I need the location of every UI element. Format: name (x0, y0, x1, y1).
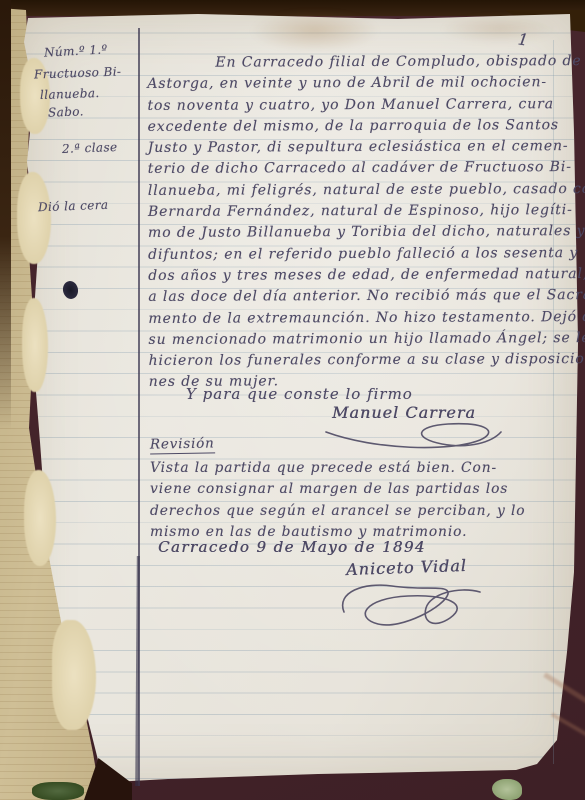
revision-line: Vista la partida que precede está bien. … (150, 458, 560, 479)
record-line: mento de la extremaunción. No hizo testa… (148, 307, 574, 330)
record-line: llanueba, mi feligrés, natural de este p… (148, 179, 574, 202)
torn-paper-edge (22, 298, 48, 392)
record-line: terio de dicho Carracedo al cadáver de F… (148, 158, 574, 181)
revision-dateline: Carracedo 9 de Mayo de 1894 (158, 538, 426, 556)
margin-note-name-3: Sabo. (48, 104, 84, 119)
paper-stain (440, 14, 560, 44)
revision-line: derechos que según el arancel se perciba… (150, 501, 560, 522)
revision-line: viene consignar al margen de las partida… (150, 479, 560, 500)
record-line: tos noventa y cuatro, yo Don Manuel Carr… (147, 94, 573, 117)
record-line: difuntos; en el referido pueblo falleció… (148, 243, 574, 266)
bookmark-ribbon (32, 782, 84, 800)
revision-text: Vista la partida que precede está bien. … (150, 458, 560, 543)
record-line: Astorga, en veinte y uno de Abril de mil… (147, 72, 573, 95)
record-line: Bernarda Fernández, natural de Espinoso,… (148, 200, 574, 223)
record-line: Justo y Pastor, di sepultura eclesiástic… (148, 136, 574, 159)
manuscript-photo: 1 Núm.º 1.º Fructuoso Bi- llanueba. Sabo… (0, 0, 585, 800)
torn-paper-edge (24, 470, 56, 566)
torn-paper-edge (52, 620, 96, 730)
paper-stain (250, 10, 380, 52)
margin-note-name-2: llanueba. (40, 86, 100, 102)
record-line: excedente del mismo, de la parroquia de … (148, 115, 574, 138)
torn-paper-edge (17, 172, 51, 264)
table-object (492, 779, 522, 800)
record-line: dos años y tres meses de edad, de enferm… (148, 264, 574, 287)
record-line: su mencionado matrimonio un hijo llamado… (148, 328, 574, 351)
margin-note-fee: Dió la cera (38, 198, 109, 214)
margin-note-class: 2.ª clase (62, 140, 118, 156)
record-line: mo de Justo Billanueba y Toribia del dic… (148, 221, 574, 244)
burial-record-text: En Carracedo filial de Compludo, obispad… (147, 51, 574, 394)
record-line: En Carracedo filial de Compludo, obispad… (147, 51, 573, 74)
record-line: a las doce del día anterior. No recibió … (148, 285, 574, 308)
revision-heading: Revisión (150, 435, 215, 454)
signature-flourish (330, 578, 495, 638)
spine-shadow (0, 0, 11, 430)
signature-flourish (320, 418, 505, 456)
record-line: hicieron los funerales conforme a su cla… (149, 349, 575, 372)
record-closing-line: Y para que conste lo firmo (186, 385, 413, 403)
